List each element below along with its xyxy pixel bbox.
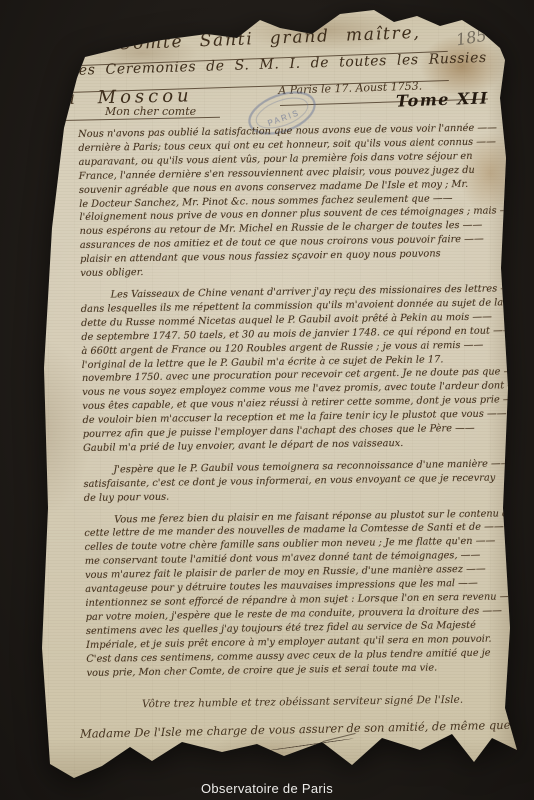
- caption-observatoire: Observatoire de Paris: [0, 781, 534, 796]
- paragraph-4: Vous me ferez bien du plaisir en me fais…: [84, 507, 523, 681]
- paragraph-1: Nous n'avons pas oublié la satisfaction …: [78, 121, 516, 281]
- letter-closing: Vôtre trez humble et trez obéissant serv…: [142, 694, 463, 710]
- letter-salutation: Mon cher comte: [105, 105, 196, 118]
- folio-number-pencil: 185: [455, 26, 488, 50]
- letter-heading-line-2: des Ceremonies de S. M. I. de toutes les…: [69, 50, 487, 79]
- letter-body: Nous n'avons pas oublié la satisfaction …: [78, 121, 523, 688]
- tome-annotation: Tome XII: [396, 88, 489, 110]
- paragraph-3: J'espère que le P. Gaubil vous temoigner…: [83, 457, 520, 506]
- letter-heading-line-1: au Comte Santi grand maître,: [77, 23, 421, 56]
- letter-postscript: Madame De l'Isle me charge de vous assur…: [80, 717, 534, 741]
- paper-sheet: au Comte Santi grand maître, des Ceremon…: [22, 8, 522, 786]
- paragraph-2: Les Vaisseaux de Chine venant d'arriver …: [81, 282, 520, 456]
- manuscript-photo: au Comte Santi grand maître, des Ceremon…: [0, 0, 534, 800]
- paper-tear-mark: [268, 738, 353, 751]
- manuscript-page: au Comte Santi grand maître, des Ceremon…: [22, 8, 522, 786]
